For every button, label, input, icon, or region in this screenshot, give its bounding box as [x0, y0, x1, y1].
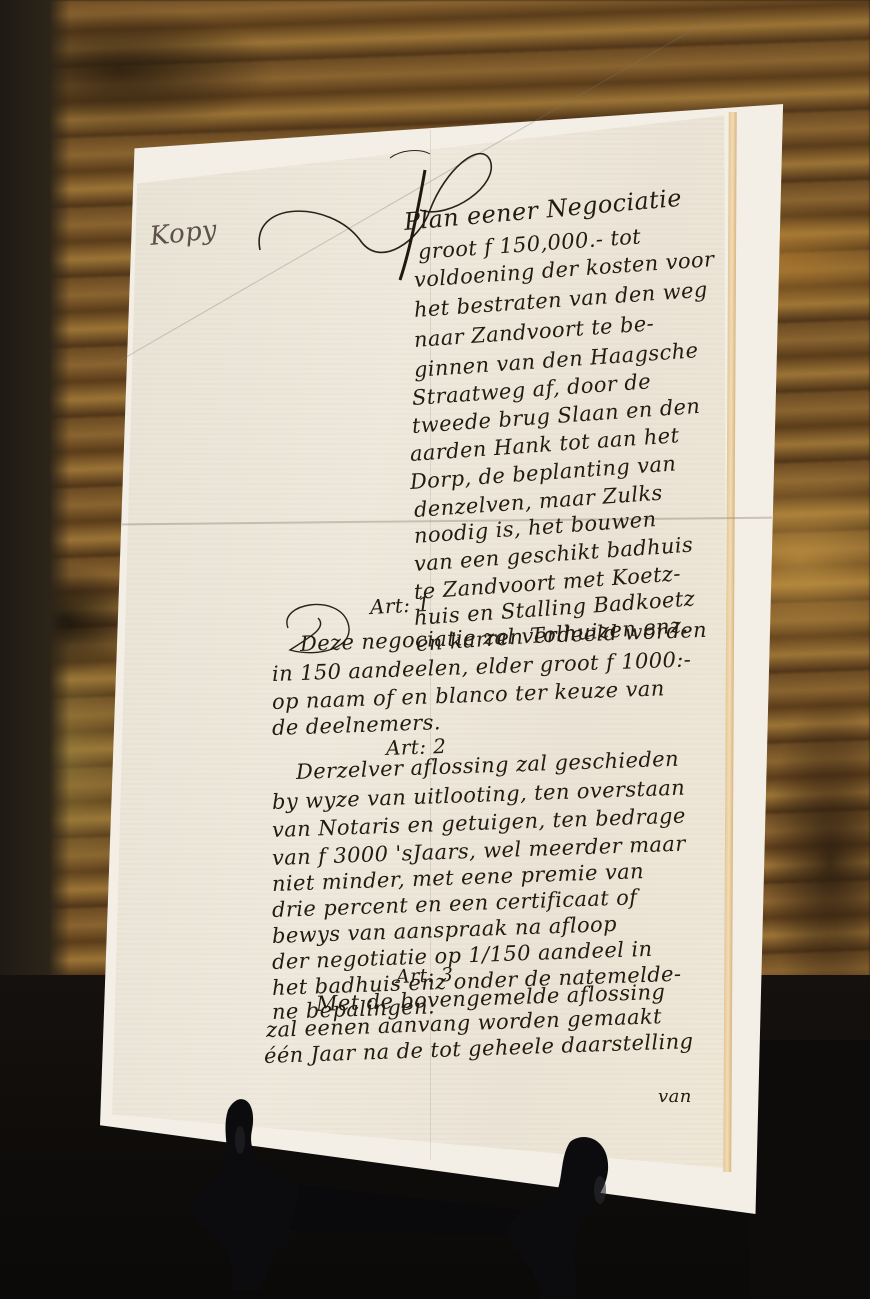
catchword: van: [658, 1086, 692, 1107]
display-surface-right: [750, 1040, 870, 1299]
article-heading: Art: 3: [396, 964, 454, 988]
display-stand-icon: [180, 1090, 650, 1299]
background-shadow-left: [0, 0, 70, 1060]
article-heading: Art: 1: [369, 592, 430, 619]
